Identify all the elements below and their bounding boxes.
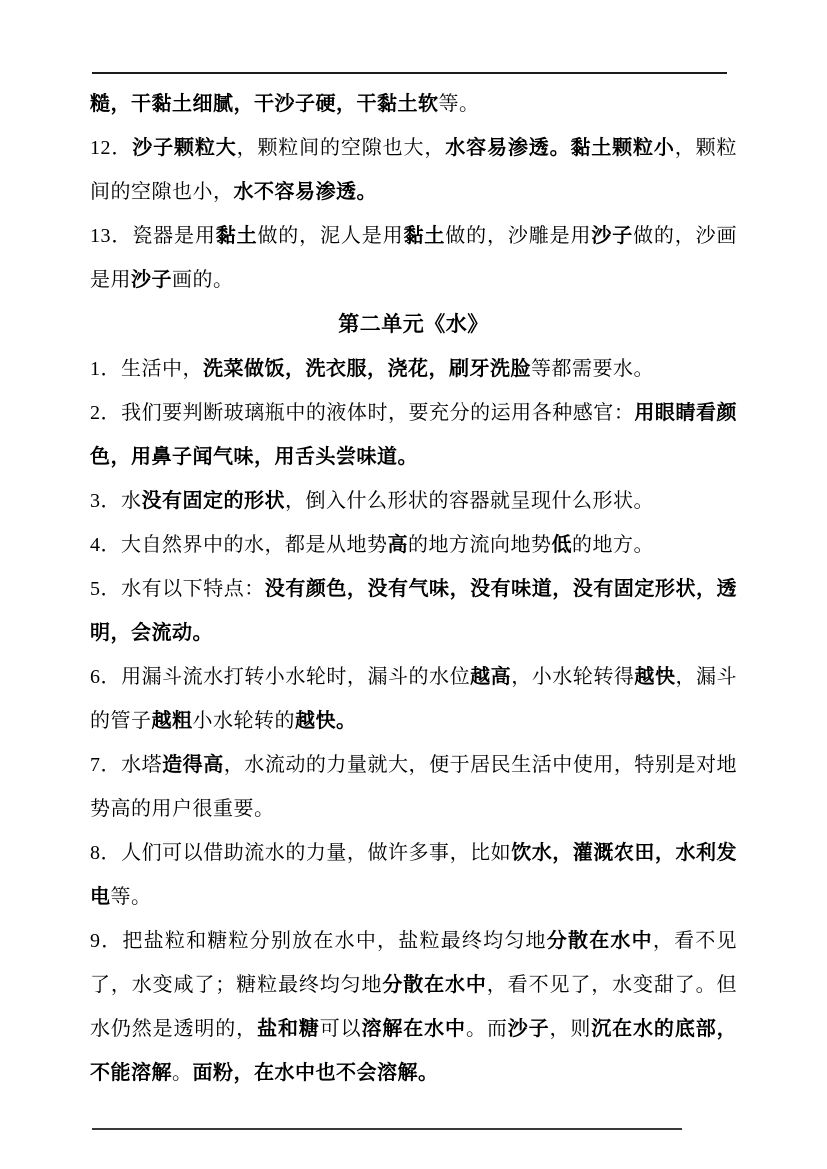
item-8: 8．人们可以借助流水的力量，做许多事，比如饮水，灌溉农田，水利发电等。 [90, 831, 737, 919]
bold-text-run: 沙子颗粒大 [132, 137, 236, 159]
text-run: 5．水有以下特点： [90, 578, 265, 600]
bold-text-run: 黏土 [404, 225, 446, 247]
text-run: 小水轮转的 [193, 710, 296, 732]
item-7: 7．水塔造得高，水流动的力量就大，便于居民生活中使用，特别是对地势高的用户很重要… [90, 743, 737, 831]
text-run: 的地方。 [572, 534, 654, 556]
bold-text-run: 越快 [634, 666, 675, 688]
paragraph-continuation: 糙，干黏土细腻，干沙子硬，干黏土软等。 [90, 82, 737, 126]
text-run: ，倒入什么形状的容器就呈现什么形状。 [285, 490, 654, 512]
bold-text-run: 低 [552, 534, 573, 556]
bold-text-run: 沙子 [131, 269, 172, 291]
text-run: 做的，泥人是用 [257, 225, 403, 247]
text-run: 1．生活中， [90, 358, 203, 380]
text-run: 12． [90, 137, 132, 159]
text-run: 。 [172, 1062, 193, 1084]
bold-text-run: 盐和糖 [257, 1018, 320, 1040]
item-3: 3．水没有固定的形状，倒入什么形状的容器就呈现什么形状。 [90, 479, 737, 523]
item-5: 5．水有以下特点：没有颜色，没有气味，没有味道，没有固定形状，透明，会流动。 [90, 567, 737, 655]
text-run: ，颗粒间的空隙也大， [237, 137, 446, 159]
text-run: 4．大自然界中的水，都是从地势 [90, 534, 388, 556]
bold-text-run: 越高 [470, 666, 511, 688]
item-1: 1．生活中，洗菜做饭，洗衣服，浇花，刷牙洗脸等都需要水。 [90, 347, 737, 391]
document-body: 糙，干黏土细腻，干沙子硬，干黏土软等。 12．沙子颗粒大，颗粒间的空隙也大，水容… [90, 82, 737, 1095]
text-run: 可以 [320, 1018, 362, 1040]
item-6: 6．用漏斗流水打转小水轮时，漏斗的水位越高，小水轮转得越快，漏斗的管子越粗小水轮… [90, 655, 737, 743]
item-12: 12．沙子颗粒大，颗粒间的空隙也大，水容易渗透。黏土颗粒小，颗粒间的空隙也小，水… [90, 126, 737, 214]
text-run: 2．我们要判断玻璃瓶中的液体时，要充分的运用各种感官： [90, 402, 634, 424]
header-rule [92, 72, 727, 74]
bold-text-run: 黏土 [216, 225, 258, 247]
bold-text-run: 越快。 [295, 710, 357, 732]
text-run: 等。 [439, 93, 480, 115]
document-page: 糙，干黏土细腻，干沙子硬，干黏土软等。 12．沙子颗粒大，颗粒间的空隙也大，水容… [0, 0, 827, 1169]
bold-text-run: 造得高 [162, 754, 224, 776]
text-run: 8．人们可以借助流水的力量，做许多事，比如 [90, 842, 511, 864]
bold-text-run: 洗菜做饭，洗衣服，浇花，刷牙洗脸 [203, 358, 531, 380]
text-run: 等都需要水。 [531, 358, 654, 380]
item-4: 4．大自然界中的水，都是从地势高的地方流向地势低的地方。 [90, 523, 737, 567]
bold-text-run: 溶解在水中 [362, 1018, 466, 1040]
bold-text-run: 分散在水中 [547, 930, 653, 952]
bold-text-run: 高 [388, 534, 409, 556]
text-run: 3．水 [90, 490, 142, 512]
text-run: 6．用漏斗流水打转小水轮时，漏斗的水位 [90, 666, 470, 688]
unit-heading: 第二单元《水》 [90, 302, 737, 347]
bold-text-run: 越粗 [152, 710, 193, 732]
bold-text-run: 沙子 [591, 225, 633, 247]
bold-text-run: 分散在水中 [382, 974, 486, 996]
bold-text-run: 沙子 [508, 1018, 550, 1040]
item-2: 2．我们要判断玻璃瓶中的液体时，要充分的运用各种感官：用眼睛看颜色，用鼻子闻气味… [90, 391, 737, 479]
text-run: 7．水塔 [90, 754, 162, 776]
bold-text-run: 水容易渗透。黏土颗粒小 [445, 137, 675, 159]
text-run: 13．瓷器是用 [90, 225, 216, 247]
bold-text-run: 水不容易渗透。 [234, 181, 378, 203]
item-13: 13．瓷器是用黏土做的，泥人是用黏土做的，沙雕是用沙子做的，沙画是用沙子画的。 [90, 214, 737, 302]
text-run: 的地方流向地势 [408, 534, 552, 556]
text-run: 做的，沙雕是用 [445, 225, 591, 247]
bold-text-run: 第二单元《水》 [338, 313, 489, 336]
text-run: ，则 [550, 1018, 592, 1040]
footer-rule [92, 1128, 682, 1130]
text-run: ，小水轮转得 [511, 666, 634, 688]
bold-text-run: 糙，干黏土细腻，干沙子硬，干黏土软 [90, 93, 439, 115]
bold-text-run: 面粉，在水中也不会溶解。 [193, 1062, 439, 1084]
item-9: 9．把盐粒和糖粒分别放在水中，盐粒最终均匀地分散在水中，看不见了，水变咸了；糖粒… [90, 919, 737, 1095]
bold-text-run: 没有固定的形状 [142, 490, 286, 512]
text-run: 9．把盐粒和糖粒分别放在水中，盐粒最终均匀地 [90, 930, 547, 952]
text-run: 等。 [111, 886, 152, 908]
text-run: 。而 [466, 1018, 508, 1040]
text-run: 画的。 [172, 269, 234, 291]
